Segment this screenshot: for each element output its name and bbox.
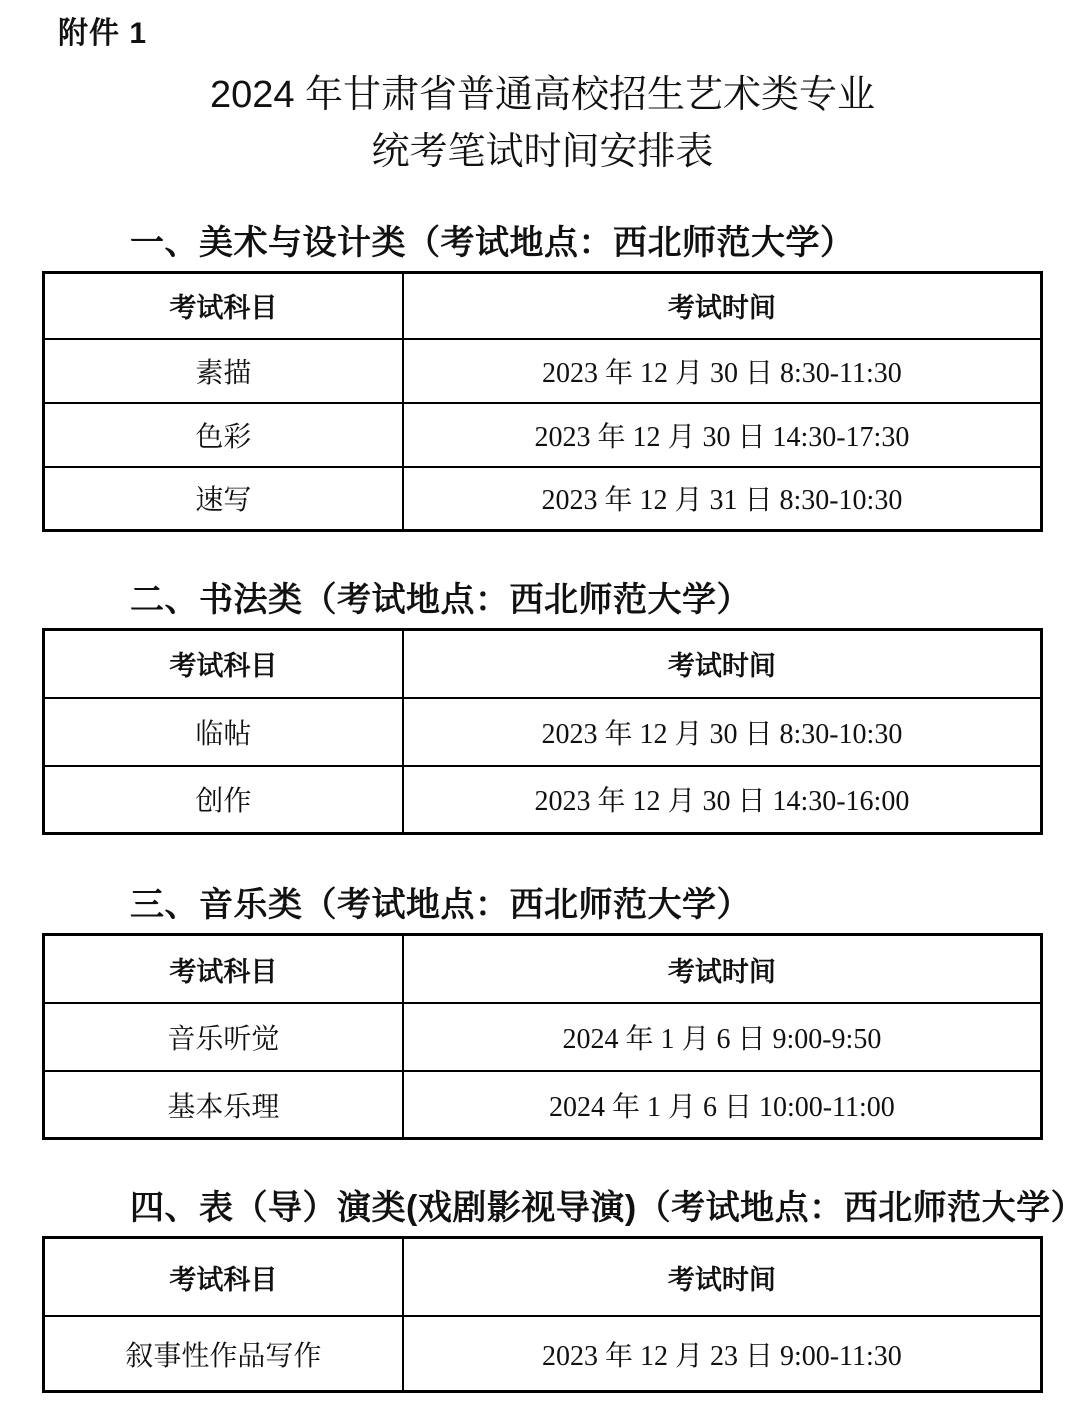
section-heading-calligraphy: 二、书法类（考试地点：西北师范大学） [42,580,1043,620]
section-music: 三、音乐类（考试地点：西北师范大学） 考试科目 考试时间 音乐听觉 2024 年… [42,885,1043,1140]
section-calligraphy: 二、书法类（考试地点：西北师范大学） 考试科目 考试时间 临帖 2023 年 1… [42,580,1043,835]
attachment-label: 附件 1 [58,14,1043,53]
column-header-time: 考试时间 [403,630,1042,698]
time-cell: 2024 年 1 月 6 日 9:00-9:50 [403,1003,1042,1071]
table-header-row: 考试科目 考试时间 [44,1238,1042,1316]
section-heading-music: 三、音乐类（考试地点：西北师范大学） [42,885,1043,925]
table-row: 叙事性作品写作 2023 年 12 月 23 日 9:00-11:30 [44,1316,1042,1392]
column-header-subject: 考试科目 [44,273,403,339]
time-cell: 2023 年 12 月 30 日 8:30-10:30 [403,698,1042,766]
subject-cell: 素描 [44,339,403,403]
schedule-table-calligraphy: 考试科目 考试时间 临帖 2023 年 12 月 30 日 8:30-10:30… [42,628,1043,835]
table-row: 素描 2023 年 12 月 30 日 8:30-11:30 [44,339,1042,403]
schedule-table-music: 考试科目 考试时间 音乐听觉 2024 年 1 月 6 日 9:00-9:50 … [42,933,1043,1140]
subject-cell: 叙事性作品写作 [44,1316,403,1392]
subject-cell: 色彩 [44,403,403,467]
subject-cell: 创作 [44,766,403,834]
table-row: 速写 2023 年 12 月 31 日 8:30-10:30 [44,467,1042,531]
document-page: 附件 1 2024 年甘肃省普通高校招生艺术类专业 统考笔试时间安排表 一、美术… [0,0,1080,1411]
time-cell: 2023 年 12 月 30 日 8:30-11:30 [403,339,1042,403]
subject-cell: 临帖 [44,698,403,766]
table-row: 临帖 2023 年 12 月 30 日 8:30-10:30 [44,698,1042,766]
time-cell: 2023 年 12 月 30 日 14:30-17:30 [403,403,1042,467]
time-cell: 2024 年 1 月 6 日 10:00-11:00 [403,1071,1042,1139]
table-row: 音乐听觉 2024 年 1 月 6 日 9:00-9:50 [44,1003,1042,1071]
subject-cell: 音乐听觉 [44,1003,403,1071]
schedule-table-art-design: 考试科目 考试时间 素描 2023 年 12 月 30 日 8:30-11:30… [42,271,1043,532]
column-header-subject: 考试科目 [44,1238,403,1316]
column-header-time: 考试时间 [403,935,1042,1003]
schedule-table-performance-directing: 考试科目 考试时间 叙事性作品写作 2023 年 12 月 23 日 9:00-… [42,1236,1043,1393]
table-row: 创作 2023 年 12 月 30 日 14:30-16:00 [44,766,1042,834]
document-title-line-1: 2024 年甘肃省普通高校招生艺术类专业 [42,67,1043,124]
column-header-subject: 考试科目 [44,630,403,698]
column-header-time: 考试时间 [403,273,1042,339]
subject-cell: 速写 [44,467,403,531]
section-heading-performance-directing: 四、表（导）演类(戏剧影视导演)（考试地点：西北师范大学） [42,1188,1043,1228]
table-header-row: 考试科目 考试时间 [44,935,1042,1003]
column-header-subject: 考试科目 [44,935,403,1003]
section-art-design: 一、美术与设计类（考试地点：西北师范大学） 考试科目 考试时间 素描 2023 … [42,223,1043,532]
table-row: 基本乐理 2024 年 1 月 6 日 10:00-11:00 [44,1071,1042,1139]
column-header-time: 考试时间 [403,1238,1042,1316]
time-cell: 2023 年 12 月 30 日 14:30-16:00 [403,766,1042,834]
section-performance-directing: 四、表（导）演类(戏剧影视导演)（考试地点：西北师范大学） 考试科目 考试时间 … [42,1188,1043,1393]
subject-cell: 基本乐理 [44,1071,403,1139]
time-cell: 2023 年 12 月 23 日 9:00-11:30 [403,1316,1042,1392]
document-title: 2024 年甘肃省普通高校招生艺术类专业 统考笔试时间安排表 [42,67,1043,181]
table-row: 色彩 2023 年 12 月 30 日 14:30-17:30 [44,403,1042,467]
time-cell: 2023 年 12 月 31 日 8:30-10:30 [403,467,1042,531]
table-header-row: 考试科目 考试时间 [44,273,1042,339]
table-header-row: 考试科目 考试时间 [44,630,1042,698]
document-title-line-2: 统考笔试时间安排表 [42,124,1043,181]
section-heading-art-design: 一、美术与设计类（考试地点：西北师范大学） [42,223,1043,263]
